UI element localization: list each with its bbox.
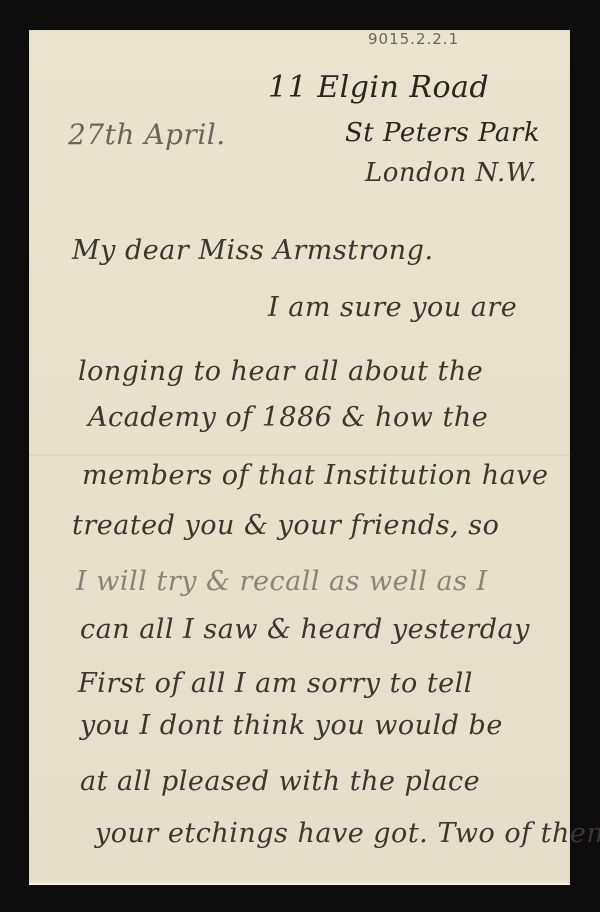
body-line-8: First of all I am sorry to tell — [78, 668, 473, 699]
body-line-4: members of that Institution have — [82, 460, 548, 491]
body-line-1: I am sure you are — [268, 292, 517, 323]
address-line-3: London N.W. — [365, 158, 537, 188]
archive-reference-number: 9015.2.2.1 — [368, 30, 459, 48]
body-line-10: at all pleased with the place — [80, 766, 480, 797]
body-line-11: your etchings have got. Two of them — [95, 818, 600, 849]
body-line-7: can all I saw & heard yesterday — [80, 614, 530, 645]
salutation: My dear Miss Armstrong. — [72, 235, 434, 266]
letter-date: 27th April. — [68, 118, 226, 151]
body-line-2: longing to hear all about the — [78, 356, 483, 387]
body-line-3: Academy of 1886 & how the — [88, 402, 488, 433]
paper-bottom-edge — [29, 883, 570, 885]
body-line-5: treated you & your friends, so — [72, 510, 499, 541]
body-line-6: I will try & recall as well as I — [76, 566, 488, 597]
body-line-9: you I dont think you would be — [80, 710, 503, 741]
address-line-1: 11 Elgin Road — [268, 70, 489, 105]
address-line-2: St Peters Park — [345, 118, 540, 148]
